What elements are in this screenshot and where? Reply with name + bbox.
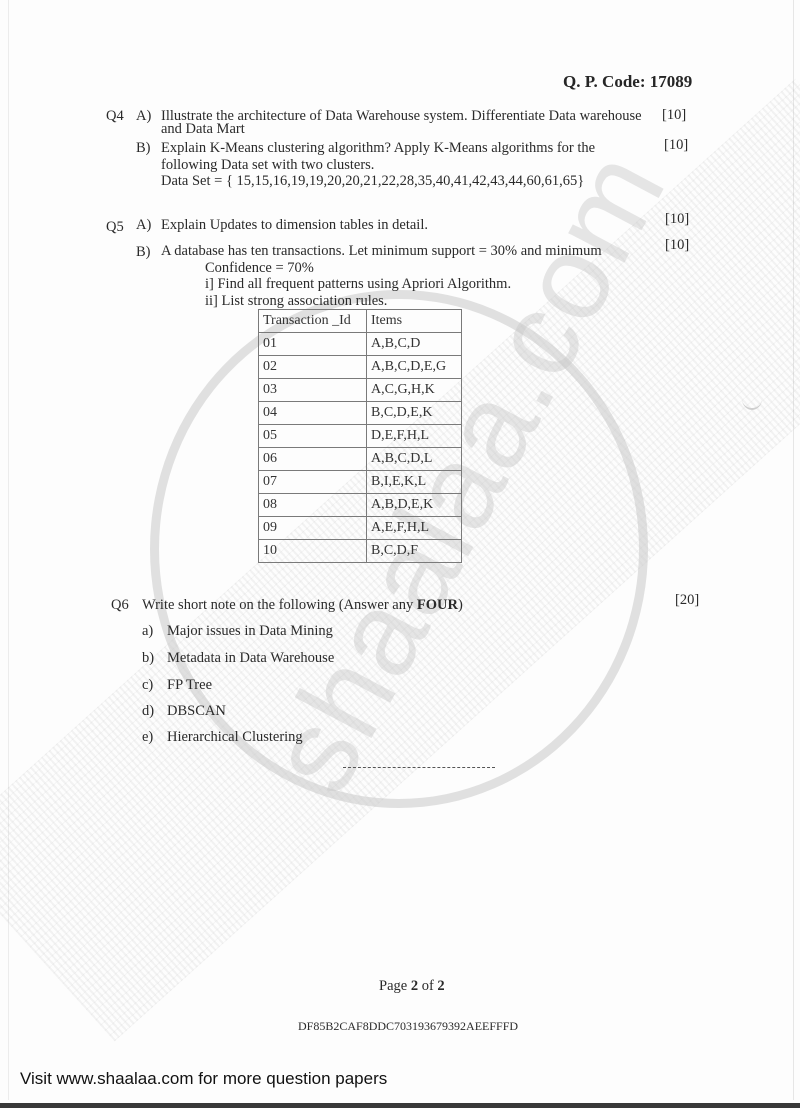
transaction-id-cell: 02 bbox=[259, 356, 367, 379]
transaction-id-cell: 08 bbox=[259, 494, 367, 517]
table-header-row: Transaction _Id Items bbox=[259, 310, 462, 333]
transaction-id-cell: 04 bbox=[259, 402, 367, 425]
q6-item-label: a) bbox=[142, 623, 153, 640]
page-current: 2 bbox=[411, 978, 418, 994]
q6-item-label: e) bbox=[142, 729, 153, 746]
items-cell: D,E,F,H,L bbox=[367, 425, 462, 448]
transaction-id-cell: 01 bbox=[259, 333, 367, 356]
punch-mark bbox=[742, 388, 762, 410]
page-right-edge bbox=[793, 0, 794, 1100]
table-row: 02A,B,C,D,E,G bbox=[259, 356, 462, 379]
qp-code: Q. P. Code: 17089 bbox=[563, 72, 692, 92]
q4-number: Q4 bbox=[106, 108, 124, 125]
q6-item-text: Hierarchical Clustering bbox=[167, 729, 303, 746]
page-number: Page 2 of 2 bbox=[379, 978, 445, 995]
q5a-label: A) bbox=[136, 217, 151, 234]
q5-number: Q5 bbox=[106, 219, 124, 236]
q5b-line-2: Confidence = 70% bbox=[205, 260, 314, 277]
q6-item-text: Major issues in Data Mining bbox=[167, 623, 333, 640]
document-hash: DF85B2CAF8DDC703193679392AEEFFFD bbox=[298, 1019, 518, 1034]
q4a-marks: [10] bbox=[662, 107, 686, 124]
page-prefix: Page bbox=[379, 978, 411, 994]
q5b-marks: [10] bbox=[665, 237, 689, 254]
transaction-id-cell: 09 bbox=[259, 517, 367, 540]
q4b-dataset: Data Set = { 15,15,16,19,19,20,20,21,22,… bbox=[161, 173, 584, 190]
q6-marks: [20] bbox=[675, 592, 699, 609]
q4b-label: B) bbox=[136, 140, 151, 157]
items-cell: A,B,C,D,E,G bbox=[367, 356, 462, 379]
q5b-line-3: i] Find all frequent patterns using Apri… bbox=[205, 276, 511, 293]
table-row: 09A,E,F,H,L bbox=[259, 517, 462, 540]
table-row: 01A,B,C,D bbox=[259, 333, 462, 356]
items-cell: A,B,C,D bbox=[367, 333, 462, 356]
q5a-marks: [10] bbox=[665, 211, 689, 228]
items-cell: A,B,C,D,L bbox=[367, 448, 462, 471]
items-cell: B,C,D,F bbox=[367, 540, 462, 563]
q5a-line-1: Explain Updates to dimension tables in d… bbox=[161, 217, 428, 234]
bottom-edge-bar bbox=[0, 1103, 800, 1108]
transaction-id-cell: 06 bbox=[259, 448, 367, 471]
table-row: 05D,E,F,H,L bbox=[259, 425, 462, 448]
transaction-id-cell: 03 bbox=[259, 379, 367, 402]
table-row: 07B,I,E,K,L bbox=[259, 471, 462, 494]
q6-number: Q6 bbox=[111, 597, 129, 614]
page-of: of bbox=[418, 978, 437, 994]
end-of-paper-divider bbox=[343, 767, 495, 768]
items-cell: B,C,D,E,K bbox=[367, 402, 462, 425]
items-cell: A,E,F,H,L bbox=[367, 517, 462, 540]
column-header-transaction-id: Transaction _Id bbox=[259, 310, 367, 333]
q5b-label: B) bbox=[136, 244, 151, 261]
q6-item-text: FP Tree bbox=[167, 677, 212, 694]
q4b-line-2: following Data set with two clusters. bbox=[161, 157, 374, 174]
q6-item-label: b) bbox=[142, 650, 154, 667]
transaction-id-cell: 05 bbox=[259, 425, 367, 448]
q6-intro-bold: FOUR bbox=[417, 597, 458, 613]
table-row: 03A,C,G,H,K bbox=[259, 379, 462, 402]
q4a-label: A) bbox=[136, 108, 151, 125]
q4b-marks: [10] bbox=[664, 137, 688, 154]
table-row: 04B,C,D,E,K bbox=[259, 402, 462, 425]
transaction-id-cell: 07 bbox=[259, 471, 367, 494]
q6-item-text: Metadata in Data Warehouse bbox=[167, 650, 334, 667]
transactions-table: Transaction _Id Items 01A,B,C,D02A,B,C,D… bbox=[258, 309, 462, 563]
items-cell: A,B,D,E,K bbox=[367, 494, 462, 517]
page-left-edge bbox=[8, 0, 9, 1100]
page-total: 2 bbox=[437, 978, 444, 994]
items-cell: A,C,G,H,K bbox=[367, 379, 462, 402]
items-cell: B,I,E,K,L bbox=[367, 471, 462, 494]
q6-intro-prefix: Write short note on the following (Answe… bbox=[142, 597, 417, 613]
q6-item-label: d) bbox=[142, 703, 154, 720]
q6-intro-suffix: ) bbox=[458, 597, 463, 613]
transaction-id-cell: 10 bbox=[259, 540, 367, 563]
q4b-line-1: Explain K-Means clustering algorithm? Ap… bbox=[161, 140, 595, 157]
table-row: 10B,C,D,F bbox=[259, 540, 462, 563]
table-row: 08A,B,D,E,K bbox=[259, 494, 462, 517]
q6-intro: Write short note on the following (Answe… bbox=[142, 597, 463, 614]
footer-link[interactable]: Visit www.shaalaa.com for more question … bbox=[20, 1069, 387, 1089]
q5b-line-1: A database has ten transactions. Let min… bbox=[161, 243, 602, 260]
column-header-items: Items bbox=[367, 310, 462, 333]
q6-item-text: DBSCAN bbox=[167, 703, 226, 720]
q5b-line-4: ii] List strong association rules. bbox=[205, 293, 387, 310]
q6-item-label: c) bbox=[142, 677, 153, 694]
table-row: 06A,B,C,D,L bbox=[259, 448, 462, 471]
q4a-line-2: and Data Mart bbox=[161, 121, 245, 138]
